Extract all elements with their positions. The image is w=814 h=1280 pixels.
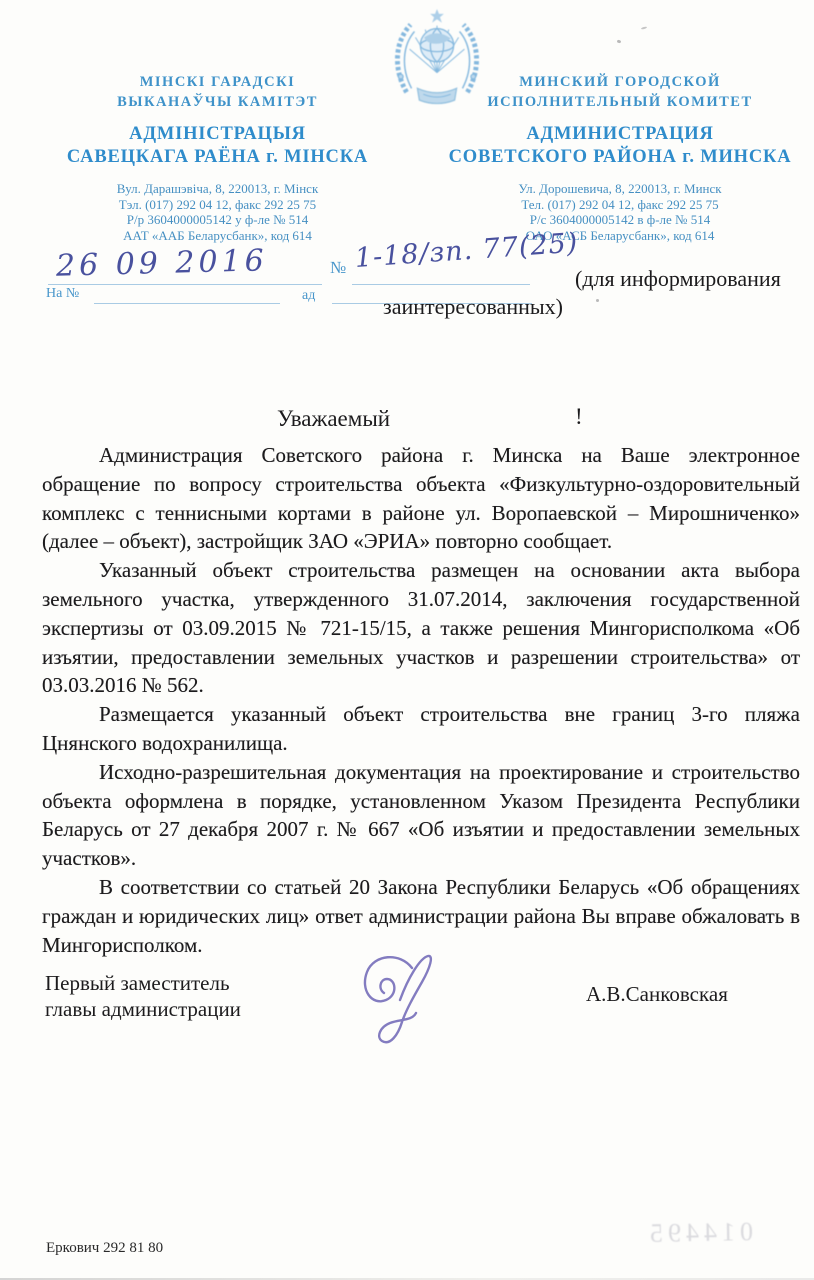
body-paragraph: Размещается указанный объект строительст… — [42, 700, 800, 758]
salutation-exclamation: ! — [575, 404, 583, 430]
signer-title-line: главы администрации — [45, 996, 241, 1022]
underline — [48, 284, 322, 285]
routing-note-line2: заинтересованных) — [383, 294, 563, 320]
underline — [352, 284, 530, 285]
committee-name-line: МІНСКІ ГАРАДСКІ — [40, 72, 395, 92]
letter-body: Администрация Советского района г. Минск… — [42, 441, 800, 959]
ref-date-handwritten: 26 09 2016 — [56, 243, 269, 284]
salutation: Уважаемый — [277, 406, 390, 432]
body-paragraph: Указанный объект строительства размещен … — [42, 556, 800, 700]
signer-title-line: Первый заместитель — [45, 970, 241, 996]
organization-name-line: АДМІНІСТРАЦЫЯ — [40, 123, 395, 146]
address-line: Р/с 3604000005142 в ф-ле № 514 — [430, 212, 810, 228]
routing-note-line1: (для информирования — [575, 266, 781, 292]
underline — [94, 303, 280, 304]
address-line: Ул. Дорошевича, 8, 220013, г. Минск — [430, 181, 810, 197]
letterhead-right: МИНСКИЙ ГОРОДСКОЙ ИСПОЛНИТЕЛЬНЫЙ КОМИТЕТ… — [430, 72, 810, 243]
scan-speck — [596, 299, 599, 302]
ad-label: ад — [302, 288, 315, 304]
address-line: Тел. (017) 292 04 12, факс 292 25 75 — [430, 197, 810, 213]
address-line: Тэл. (017) 292 04 12, факс 292 25 75 — [40, 197, 395, 213]
executor-contact: Еркович 292 81 80 — [46, 1240, 163, 1257]
committee-name-line: МИНСКИЙ ГОРОДСКОЙ — [430, 72, 810, 92]
committee-name-line: ВЫКАНАЎЧЫ КАМІТЭТ — [40, 92, 395, 112]
address-line: Р/р 3604000005142 у ф-ле № 514 — [40, 212, 395, 228]
letterhead-left: МІНСКІ ГАРАДСКІ ВЫКАНАЎЧЫ КАМІТЭТ АДМІНІ… — [40, 72, 395, 243]
scan-speck — [617, 39, 622, 43]
address-block: Вул. Дарашэвіча, 8, 220013, г. Мінск Тэл… — [40, 181, 395, 243]
body-paragraph: Администрация Советского района г. Минск… — [42, 441, 800, 556]
body-paragraph: Исходно-разрешительная документация на п… — [42, 758, 800, 873]
committee-name-line: ИСПОЛНИТЕЛЬНЫЙ КОМИТЕТ — [430, 92, 810, 112]
signer-title: Первый заместитель главы администрации — [45, 970, 241, 1022]
address-line: ААТ «ААБ Беларусбанк», код 614 — [40, 228, 395, 244]
scan-speck — [641, 26, 647, 29]
number-sign: № — [330, 258, 346, 278]
handwritten-signature — [342, 948, 466, 1060]
signer-name: А.В.Санковская — [586, 982, 728, 1007]
organization-name-line: АДМИНИСТРАЦИЯ — [430, 123, 810, 146]
organization-name-line: САВЕЦКАГА РАЁНА г. МІНСКА — [40, 146, 395, 169]
organization-name-line: СОВЕТСКОГО РАЙОНА г. МИНСКА — [430, 146, 810, 169]
na-no-label: На № — [46, 286, 79, 302]
bleedthrough-number: 014495 — [645, 1217, 754, 1249]
scanned-letter-page: МІНСКІ ГАРАДСКІ ВЫКАНАЎЧЫ КАМІТЭТ АДМІНІ… — [0, 0, 814, 1280]
body-paragraph: В соответствии со статьей 20 Закона Респ… — [42, 873, 800, 959]
address-line: Вул. Дарашэвіча, 8, 220013, г. Мінск — [40, 181, 395, 197]
